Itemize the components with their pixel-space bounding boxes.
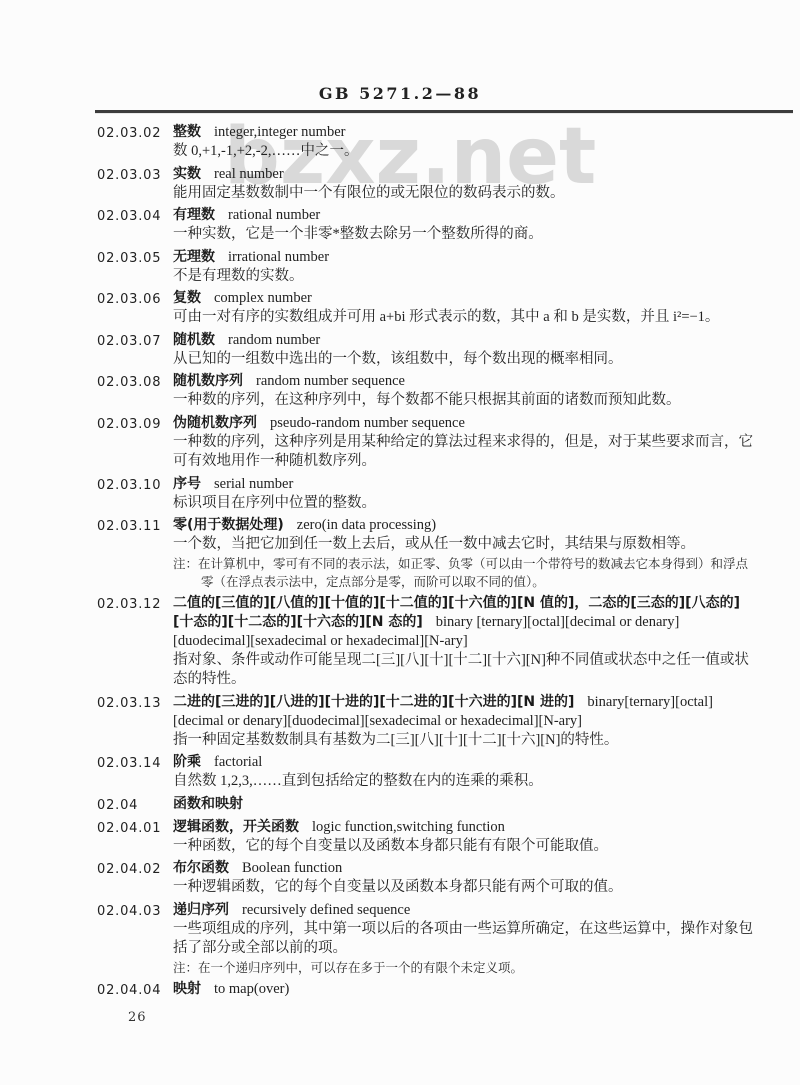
term-entry: 02.03.10 序号serial number 标识项目在序列中位置的整数。: [97, 475, 753, 514]
entry-head: 逻辑函数，开关函数logic function,switching functi…: [173, 818, 753, 837]
entry-number: 02.03.05: [97, 248, 173, 287]
entry-body: 有理数rational number 一种实数，它是一个非零*整数去除另一个整数…: [173, 206, 753, 245]
entry-term-en: Boolean function: [242, 860, 342, 876]
entry-definition: 一种实数，它是一个非零*整数去除另一个整数所得的商。: [173, 225, 753, 245]
entry-number: 02.03.08: [97, 372, 173, 411]
term-entry: 02.04.03 递归序列recursively defined sequenc…: [97, 901, 753, 977]
entry-definition: 指对象、条件或动作可能呈现二[三][八][十][十二][十六][N]种不同值或状…: [173, 651, 753, 690]
entry-term-zh: 零(用于数据处理): [173, 517, 284, 533]
entry-definition: 能用固定基数数制中一个有限位的或无限位的数码表示的数。: [173, 184, 753, 204]
entry-term-zh: 二进的[三进的][八进的][十进的][十二进的][十六进的][N 进的]: [173, 694, 574, 710]
entry-term-en: rational number: [228, 207, 320, 223]
entries-list: 02.03.02 整数integer,integer number 数 0,+1…: [97, 123, 753, 1000]
term-entry: 02.03.04 有理数rational number 一种实数，它是一个非零*…: [97, 206, 753, 245]
entry-term-en: logic function,switching function: [312, 819, 505, 835]
term-entry: 02.03.06 复数complex number 可由一对有序的实数组成并可用…: [97, 289, 753, 328]
entry-head: 无理数irrational number: [173, 248, 753, 267]
entry-term-zh: 映射: [173, 981, 201, 997]
entry-body: 二进的[三进的][八进的][十进的][十二进的][十六进的][N 进的]bina…: [173, 693, 753, 751]
entry-head: 序号serial number: [173, 475, 753, 494]
entry-term-en: random number sequence: [256, 373, 405, 389]
entry-term-en: serial number: [214, 476, 293, 492]
entry-term-en: factorial: [214, 754, 262, 770]
entry-definition: 可由一对有序的实数组成并可用 a+bi 形式表示的数，其中 a 和 b 是实数，…: [173, 308, 753, 328]
term-entry: 02.03.14 阶乘factorial 自然数 1,2,3,……直到包括给定的…: [97, 753, 753, 792]
term-entry: 02.03.11 零(用于数据处理)zero(in data processin…: [97, 516, 753, 591]
term-entry: 02.03.09 伪随机数序列pseudo-random number sequ…: [97, 414, 753, 472]
entry-note: 注：在一个递归序列中，可以存在多于一个的有限个未定义项。: [173, 959, 753, 977]
entry-body: 布尔函数Boolean function 一种逻辑函数，它的每个自变量以及函数本…: [173, 859, 753, 898]
entry-number: 02.03.11: [97, 516, 173, 591]
entry-head: 递归序列recursively defined sequence: [173, 901, 753, 920]
entry-head: 实数real number: [173, 165, 753, 184]
entry-term-en: random number: [228, 332, 320, 348]
entry-definition: 一个数，当把它加到任一数上去后，或从任一数中减去它时，其结果与原数相等。: [173, 535, 753, 555]
entry-head: 二进的[三进的][八进的][十进的][十二进的][十六进的][N 进的]bina…: [173, 693, 753, 731]
term-entry: 02.04.02 布尔函数Boolean function 一种逻辑函数，它的每…: [97, 859, 753, 898]
entry-head: 零(用于数据处理)zero(in data processing): [173, 516, 753, 535]
entry-number: 02.03.12: [97, 594, 173, 690]
entry-term-zh: 序号: [173, 476, 201, 492]
entry-head: 有理数rational number: [173, 206, 753, 225]
entry-term-zh: 随机数: [173, 332, 215, 348]
entry-term-zh: 无理数: [173, 249, 215, 265]
page-header-title: GB 5271.2—88: [0, 84, 800, 103]
entry-number: 02.03.04: [97, 206, 173, 245]
term-entry: 02.03.02 整数integer,integer number 数 0,+1…: [97, 123, 753, 162]
entry-term-en: integer,integer number: [214, 124, 345, 140]
term-entry: 02.03.12 二值的[三值的][八值的][十值的][十二值的][十六值的][…: [97, 594, 753, 690]
entry-number: 02.03.09: [97, 414, 173, 472]
entry-head: 函数和映射: [173, 795, 753, 814]
entry-number: 02.03.03: [97, 165, 173, 204]
entry-body: 复数complex number 可由一对有序的实数组成并可用 a+bi 形式表…: [173, 289, 753, 328]
entry-term-zh: 随机数序列: [173, 373, 243, 389]
entry-definition: 自然数 1,2,3,……直到包括给定的整数在内的连乘的乘积。: [173, 772, 753, 792]
entry-body: 函数和映射: [173, 795, 753, 815]
term-entry: 02.04 函数和映射: [97, 795, 753, 815]
entry-number: 02.04.02: [97, 859, 173, 898]
entry-term-zh: 整数: [173, 124, 201, 140]
term-entry: 02.03.08 随机数序列random number sequence 一种数…: [97, 372, 753, 411]
term-entry: 02.03.07 随机数random number 从已知的一组数中选出的一个数…: [97, 331, 753, 370]
entry-body: 逻辑函数，开关函数logic function,switching functi…: [173, 818, 753, 857]
entry-body: 阶乘factorial 自然数 1,2,3,……直到包括给定的整数在内的连乘的乘…: [173, 753, 753, 792]
entry-definition: 一些项组成的序列，其中第一项以后的各项由一些运算所确定，在这些运算中，操作对象包…: [173, 920, 753, 959]
entry-number: 02.03.02: [97, 123, 173, 162]
entry-definition: 不是有理数的实数。: [173, 267, 753, 287]
entry-body: 伪随机数序列pseudo-random number sequence 一种数的…: [173, 414, 753, 472]
entry-body: 映射to map(over): [173, 980, 753, 1000]
entry-number: 02.04: [97, 795, 173, 815]
entry-number: 02.03.06: [97, 289, 173, 328]
entry-term-zh: 递归序列: [173, 902, 229, 918]
entry-definition: 从已知的一组数中选出的一个数，该组数中，每个数出现的概率相同。: [173, 350, 753, 370]
entry-term-en: zero(in data processing): [297, 517, 436, 533]
term-entry: 02.03.05 无理数irrational number 不是有理数的实数。: [97, 248, 753, 287]
entry-definition: 指一种固定基数数制具有基数为二[三][八][十][十二][十六][N]的特性。: [173, 731, 753, 751]
entry-head: 整数integer,integer number: [173, 123, 753, 142]
entry-term-en: pseudo-random number sequence: [270, 415, 465, 431]
entry-number: 02.04.03: [97, 901, 173, 977]
entry-term-zh: 逻辑函数，开关函数: [173, 819, 299, 835]
entry-definition: 一种数的序列，在这种序列中，每个数都不能只根据其前面的诸数而预知此数。: [173, 391, 753, 411]
entry-term-zh: 伪随机数序列: [173, 415, 257, 431]
term-entry: 02.04.01 逻辑函数，开关函数logic function,switchi…: [97, 818, 753, 857]
entry-body: 零(用于数据处理)zero(in data processing) 一个数，当把…: [173, 516, 753, 591]
entry-definition: 一种函数，它的每个自变量以及函数本身都只能有有限个可能取值。: [173, 837, 753, 857]
entry-number: 02.04.04: [97, 980, 173, 1000]
entry-number: 02.04.01: [97, 818, 173, 857]
entry-number: 02.03.14: [97, 753, 173, 792]
entry-term-zh: 有理数: [173, 207, 215, 223]
entry-definition: 一种逻辑函数，它的每个自变量以及函数本身都只能有两个可取的值。: [173, 878, 753, 898]
entry-head: 复数complex number: [173, 289, 753, 308]
term-entry: 02.04.04 映射to map(over): [97, 980, 753, 1000]
entry-body: 随机数random number 从已知的一组数中选出的一个数，该组数中，每个数…: [173, 331, 753, 370]
entry-number: 02.03.07: [97, 331, 173, 370]
entry-head: 阶乘factorial: [173, 753, 753, 772]
entry-term-zh: 布尔函数: [173, 860, 229, 876]
entry-term-en: complex number: [214, 290, 312, 306]
term-entry: 02.03.13 二进的[三进的][八进的][十进的][十二进的][十六进的][…: [97, 693, 753, 751]
entry-term-zh: 阶乘: [173, 754, 201, 770]
entry-definition: 一种数的序列，这种序列是用某种给定的算法过程来求得的，但是，对于某些要求而言，它…: [173, 433, 753, 472]
entry-term-zh: 实数: [173, 166, 201, 182]
entry-body: 递归序列recursively defined sequence 一些项组成的序…: [173, 901, 753, 977]
entry-term-en: real number: [214, 166, 284, 182]
entry-definition: 数 0,+1,-1,+2,-2,……中之一。: [173, 142, 753, 162]
entry-term-en: to map(over): [214, 981, 289, 997]
entry-definition: 标识项目在序列中位置的整数。: [173, 494, 753, 514]
entry-head: 伪随机数序列pseudo-random number sequence: [173, 414, 753, 433]
entry-number: 02.03.13: [97, 693, 173, 751]
document-page: bzxz.net GB 5271.2—88 02.03.02 整数integer…: [0, 0, 800, 1085]
entry-head: 映射to map(over): [173, 980, 753, 999]
entry-head: 布尔函数Boolean function: [173, 859, 753, 878]
entry-head: 随机数序列random number sequence: [173, 372, 753, 391]
entry-term-en: recursively defined sequence: [242, 902, 410, 918]
page-number: 26: [128, 1010, 147, 1025]
header-rule: [95, 110, 793, 113]
entry-term-en: irrational number: [228, 249, 329, 265]
entry-head: 二值的[三值的][八值的][十值的][十二值的][十六值的][N 值的]，二态的…: [173, 594, 753, 651]
entry-body: 无理数irrational number 不是有理数的实数。: [173, 248, 753, 287]
entry-term-zh: 复数: [173, 290, 201, 306]
entry-body: 随机数序列random number sequence 一种数的序列，在这种序列…: [173, 372, 753, 411]
entry-body: 序号serial number 标识项目在序列中位置的整数。: [173, 475, 753, 514]
entry-term-zh: 函数和映射: [173, 796, 243, 812]
term-entry: 02.03.03 实数real number 能用固定基数数制中一个有限位的或无…: [97, 165, 753, 204]
entry-body: 整数integer,integer number 数 0,+1,-1,+2,-2…: [173, 123, 753, 162]
entry-body: 二值的[三值的][八值的][十值的][十二值的][十六值的][N 值的]，二态的…: [173, 594, 753, 690]
entry-body: 实数real number 能用固定基数数制中一个有限位的或无限位的数码表示的数…: [173, 165, 753, 204]
entry-head: 随机数random number: [173, 331, 753, 350]
entry-note: 注：在计算机中，零可有不同的表示法，如正零、负零（可以由一个带符号的数减去它本身…: [173, 555, 753, 591]
entry-number: 02.03.10: [97, 475, 173, 514]
